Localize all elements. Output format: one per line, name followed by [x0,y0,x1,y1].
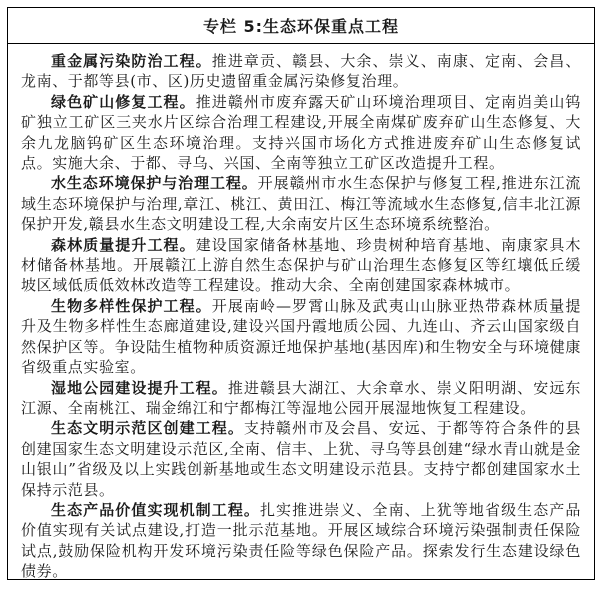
panel-title: 专栏 5:生态环保重点工程 [8,8,594,44]
paragraph-lead: 森林质量提升工程。 [51,236,196,254]
column-panel: 专栏 5:生态环保重点工程 重金属污染防治工程。推进章贡、赣县、大余、崇义、南康… [7,7,595,580]
paragraph-water-eco: 水生态环境保护与治理工程。开展赣州市水生态保护与修复工程,推进东江流域生态环境保… [21,173,581,234]
paragraph-wetland-park: 湿地公园建设提升工程。推进赣县大湖江、大余章水、崇义阳明湖、安远东江源、全南桃江… [21,378,581,419]
panel-body: 重金属污染防治工程。推进章贡、赣县、大余、崇义、南康、定南、会昌、龙南、于都等县… [8,44,594,582]
paragraph-eco-product-value: 生态产品价值实现机制工程。扎实推进崇义、全南、上犹等地省级生态产品价值实现有关试… [21,500,581,582]
paragraph-biodiversity: 生物多样性保护工程。开展南岭—罗霄山脉及武夷山山脉亚热带森林质量提升及生物多样性… [21,296,581,378]
paragraph-lead: 生物多样性保护工程。 [51,297,212,315]
paragraph-lead: 生态产品价值实现机制工程。 [51,501,260,519]
paragraph-forest-quality: 森林质量提升工程。建设国家储备林基地、珍贵树种培育基地、南康家具木材储备林基地。… [21,235,581,296]
paragraph-lead: 绿色矿山修复工程。 [51,93,196,111]
paragraph-lead: 生态文明示范区创建工程。 [51,419,244,437]
paragraph-eco-civilization: 生态文明示范区创建工程。支持赣州市及会昌、安远、于都等符合条件的县创建国家生态文… [21,418,581,500]
paragraph-lead: 湿地公园建设提升工程。 [51,379,228,397]
paragraph-lead: 重金属污染防治工程。 [51,52,212,70]
paragraph-heavy-metal: 重金属污染防治工程。推进章贡、赣县、大余、崇义、南康、定南、会昌、龙南、于都等县… [21,51,581,92]
paragraph-green-mine: 绿色矿山修复工程。推进赣州市废弃露天矿山环境治理项目、定南岿美山钨矿独立工矿区三… [21,92,581,174]
paragraph-lead: 水生态环境保护与治理工程。 [51,174,258,192]
